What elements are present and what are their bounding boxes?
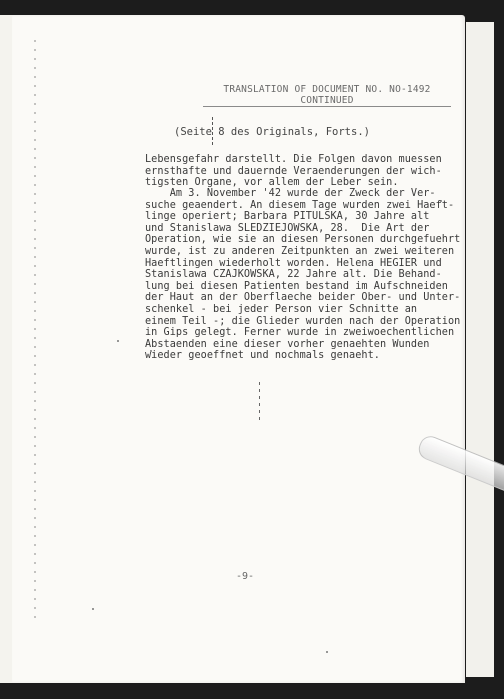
paper-speck	[150, 350, 152, 352]
paper-speck	[92, 608, 94, 610]
text-line: der Haut an der Oberflaeche beider Ober-…	[145, 292, 460, 304]
text-line: und Stanislawa SLEDZIEJOWSKA, 28. Die Ar…	[145, 223, 460, 235]
text-line: Am 3. November '42 wurde der Zweck der V…	[145, 188, 460, 200]
text-line: einem Teil -; die Glieder wurden nach de…	[145, 316, 460, 328]
binding-holes	[34, 40, 36, 620]
text-line: Abstaenden eine dieser vorher genaehten …	[145, 339, 460, 351]
text-line: Haeftlingen wiederholt worden. Helena HE…	[145, 258, 460, 270]
text-line: Stanislawa CZAJKOWSKA, 22 Jahre alt. Die…	[145, 269, 460, 281]
paper-speck	[326, 651, 328, 653]
text-line: Operation, wie sie an diesen Personen du…	[145, 234, 460, 246]
text-line: suche geaendert. An diesem Tage wurden z…	[145, 200, 460, 212]
text-line: in Gips gelegt. Ferner wurde in zweiwoec…	[145, 327, 460, 339]
text-line: schenkel - bei jeder Person vier Schnitt…	[145, 304, 460, 316]
text-line: wurde, ist zu anderen Zeitpunkten an zwe…	[145, 246, 460, 258]
paper-speck	[440, 200, 442, 202]
paragraph-2: Am 3. November '42 wurde der Zweck der V…	[145, 188, 460, 362]
paper-speck	[117, 340, 119, 342]
text-line: Lebensgefahr darstellt. Die Folgen davon…	[145, 154, 442, 166]
text-line: ernsthafte und dauernde Veraenderungen d…	[145, 166, 442, 178]
header-title: TRANSLATION OF DOCUMENT NO. NO-1492	[203, 84, 451, 95]
header-continued: CONTINUED	[203, 95, 451, 106]
paragraph-1: Lebensgefahr darstellt. Die Folgen davon…	[145, 154, 442, 189]
document-header: TRANSLATION OF DOCUMENT NO. NO-1492 CONT…	[203, 84, 451, 106]
text-line: lung bei diesen Patienten bestand im Auf…	[145, 281, 460, 293]
text-line: linge operiert; Barbara PITULSKA, 30 Jah…	[145, 211, 460, 223]
text-line: wieder geoeffnet und nochmals genaeht.	[145, 350, 460, 362]
margin-mark-2	[259, 382, 260, 422]
back-sheet	[466, 22, 494, 677]
header-underline	[203, 106, 451, 107]
page-subheading: (Seite 8 des Originals, Forts.)	[174, 126, 370, 138]
page-number: -9-	[236, 571, 254, 582]
